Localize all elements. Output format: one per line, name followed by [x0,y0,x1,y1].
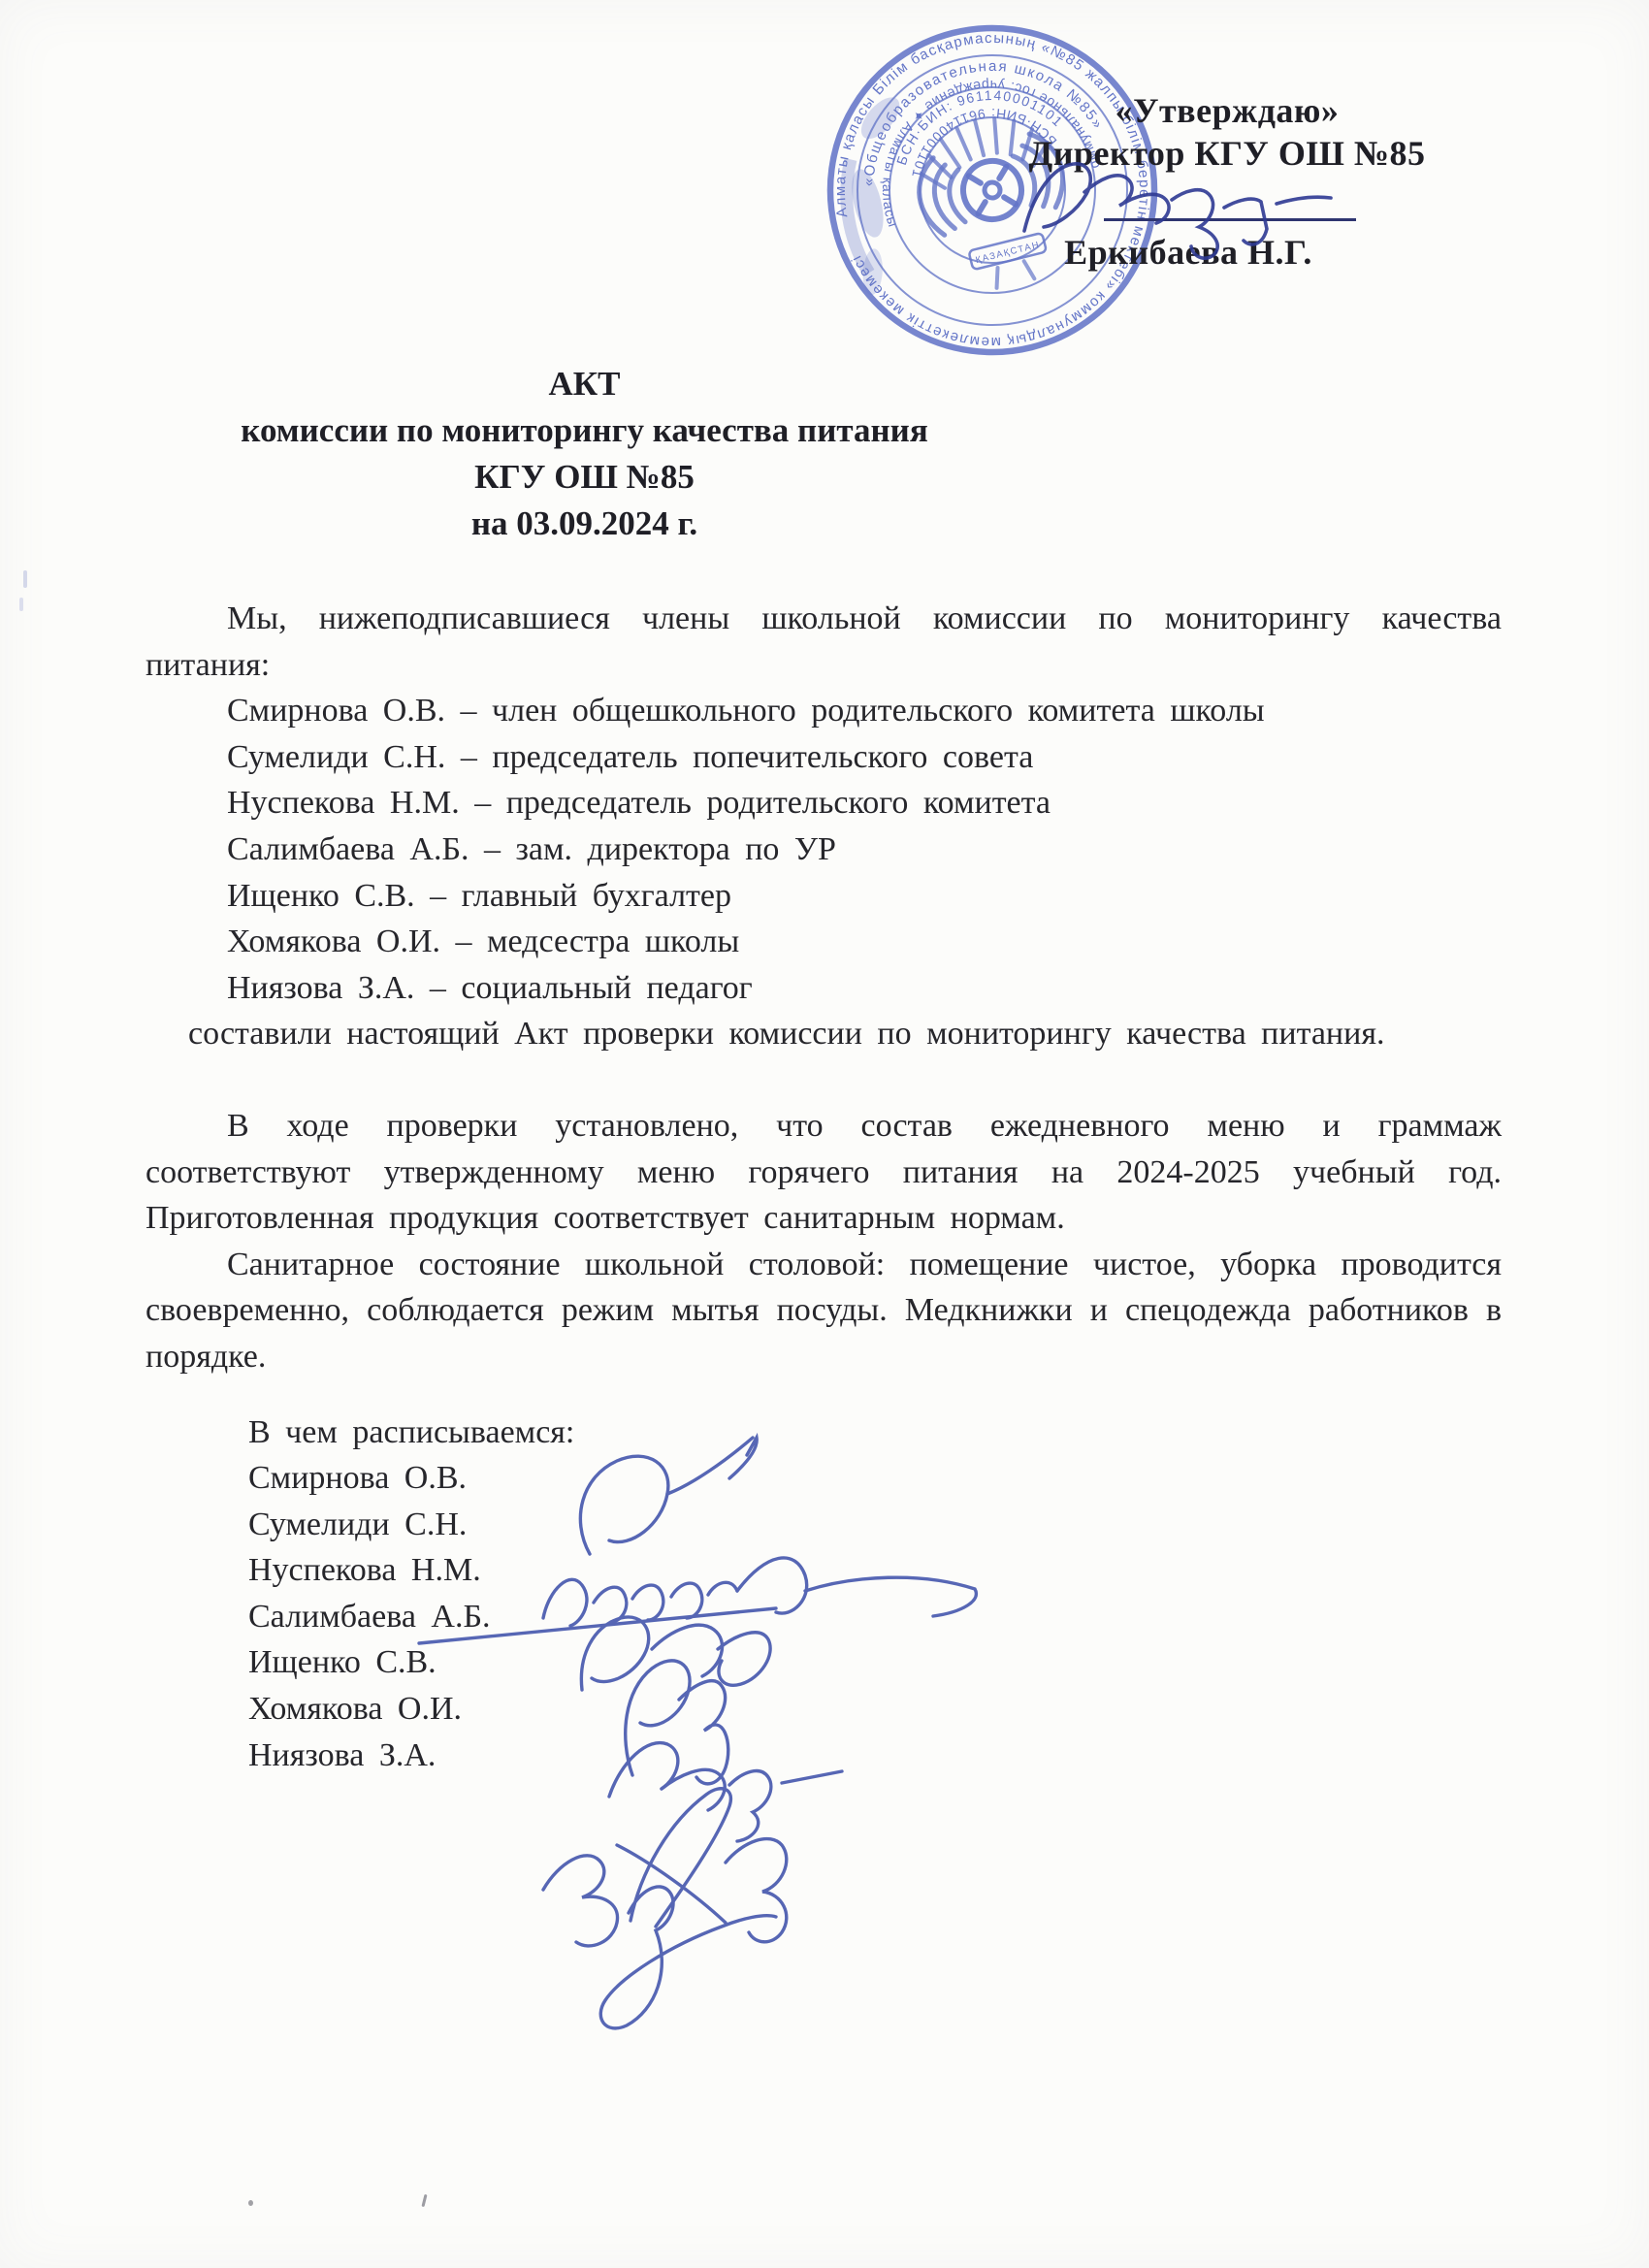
signing-name: Хомякова О.И. [248,1686,1502,1733]
scan-speck [421,2194,427,2207]
approval-block: «Утверждаю» Директор КГУ ОШ №85 Еркибаев… [999,89,1455,274]
signing-name: Нуспекова Н.М. [248,1547,1502,1594]
signing-name: Ниязова З.А. [248,1733,1502,1779]
approval-title: Директор КГУ ОШ №85 [999,132,1455,175]
scan-speck [19,598,23,611]
approval-signer-name: Еркибаева Н.Г. [960,231,1416,274]
title-line-3: КГУ ОШ №85 [145,454,1023,501]
commission-member: Сумелиди С.Н. – председатель попечительс… [145,734,1502,781]
commission-member: Ниязова З.А. – социальный педагог [145,965,1502,1012]
signing-heading: В чем расписываемся: [248,1409,1502,1456]
scan-speck [23,570,27,588]
scan-speck [248,2200,253,2206]
scanned-act-document: Алматы қаласы Білім басқармасының «№85 ж… [0,0,1649,2268]
commission-member: Хомякова О.И. – медсестра школы [145,919,1502,965]
commission-member: Нуспекова Н.М. – председатель родительск… [145,780,1502,826]
signing-name: Салимбаева А.Б. [248,1594,1502,1640]
findings-paragraph-1: В ходе проверки установлено, что состав … [145,1103,1502,1242]
signing-block: В чем расписываемся: Смирнова О.В. Сумел… [145,1409,1502,1779]
signing-name: Смирнова О.В. [248,1455,1502,1502]
document-body: Мы, нижеподписавшиеся члены школьной ком… [145,596,1502,1778]
commission-member: Смирнова О.В. – член общешкольного родит… [145,688,1502,734]
commission-member: Ищенко С.В. – главный бухгалтер [145,873,1502,920]
signature-underline [1104,218,1356,221]
findings-paragraph-2: Санитарное состояние школьной столовой: … [145,1242,1502,1380]
commission-member: Салимбаева А.Б. – зам. директора по УР [145,826,1502,873]
signature-niyazova [543,1856,776,2028]
signature-khomyakova [617,1789,787,1942]
document-title-block: АКТ комиссии по мониторингу качества пит… [145,361,1023,547]
approval-quote: «Утверждаю» [999,89,1455,132]
intro-paragraph: Мы, нижеподписавшиеся члены школьной ком… [145,596,1502,688]
director-signature-space [999,175,1455,231]
intro-closing: составили настоящий Акт проверки комисси… [145,1011,1455,1057]
signing-name: Ищенко С.В. [248,1639,1502,1686]
signing-name: Сумелиди С.Н. [248,1502,1502,1548]
title-line-4: на 03.09.2024 г. [145,501,1023,547]
title-line-1: АКТ [145,361,1023,407]
title-line-2: комиссии по мониторингу качества питания [145,407,1023,454]
